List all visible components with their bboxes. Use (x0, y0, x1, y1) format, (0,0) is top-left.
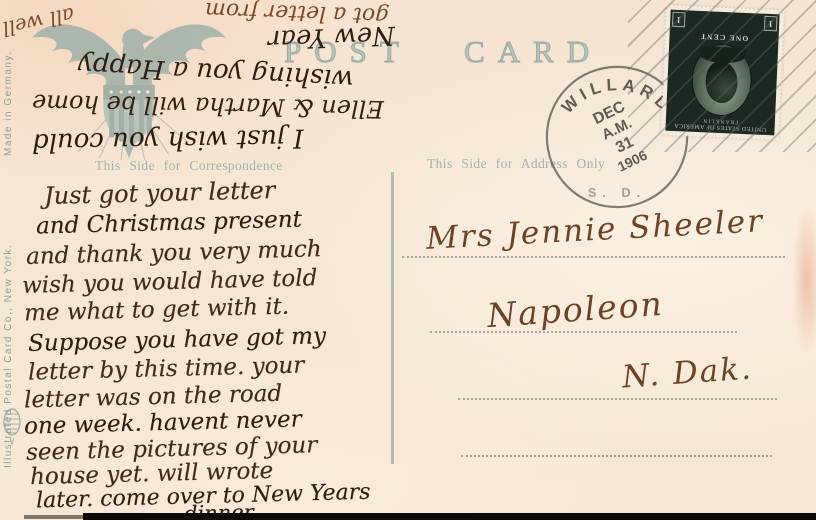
address-rule-3 (458, 398, 777, 400)
portrait-head (705, 60, 739, 103)
message-line: Just got your letter (44, 176, 276, 210)
address-town: Napoleon (486, 284, 665, 335)
stamp-art: UNITED STATES OF AMERICA FRANKLIN ONE CE… (665, 10, 779, 136)
address-state: N. Dak. (621, 350, 754, 395)
postmark-state: S. D. (588, 185, 646, 200)
message-line: me what to get with it. (24, 294, 290, 327)
scan-bottom-edge (83, 513, 816, 520)
message-line: Suppose you have got my (28, 323, 327, 357)
address-rule-4 (461, 455, 772, 457)
message-line: and Christmas present (36, 207, 302, 240)
publisher-imprint: Illustrated Postal Card Co., New York. (3, 150, 17, 468)
scan-edge-blush (792, 202, 816, 357)
message-line: and thank you very much (26, 236, 322, 270)
postcard-back: POST CARD This Side for Correspondence T… (0, 0, 816, 520)
address-rule-1 (402, 256, 785, 258)
stamp-value-text: ONE CENT (669, 31, 778, 45)
correspondence-label: This Side for Correspondence (95, 158, 283, 174)
stamp-denomination: 1 (672, 12, 686, 28)
franklin-portrait (691, 43, 754, 118)
portrait-shoulders (700, 46, 747, 64)
scan-bottom-edge-faint (24, 515, 84, 519)
center-divider-rule (391, 172, 394, 464)
made-in-imprint: Made in Germany. (3, 26, 17, 156)
address-rule-2 (430, 331, 737, 333)
postage-stamp: UNITED STATES OF AMERICA FRANKLIN ONE CE… (661, 6, 784, 140)
overflow-line: New Year (268, 20, 396, 54)
overflow-line: I just wish you could (32, 123, 304, 158)
stamp-denomination: 1 (764, 16, 778, 32)
